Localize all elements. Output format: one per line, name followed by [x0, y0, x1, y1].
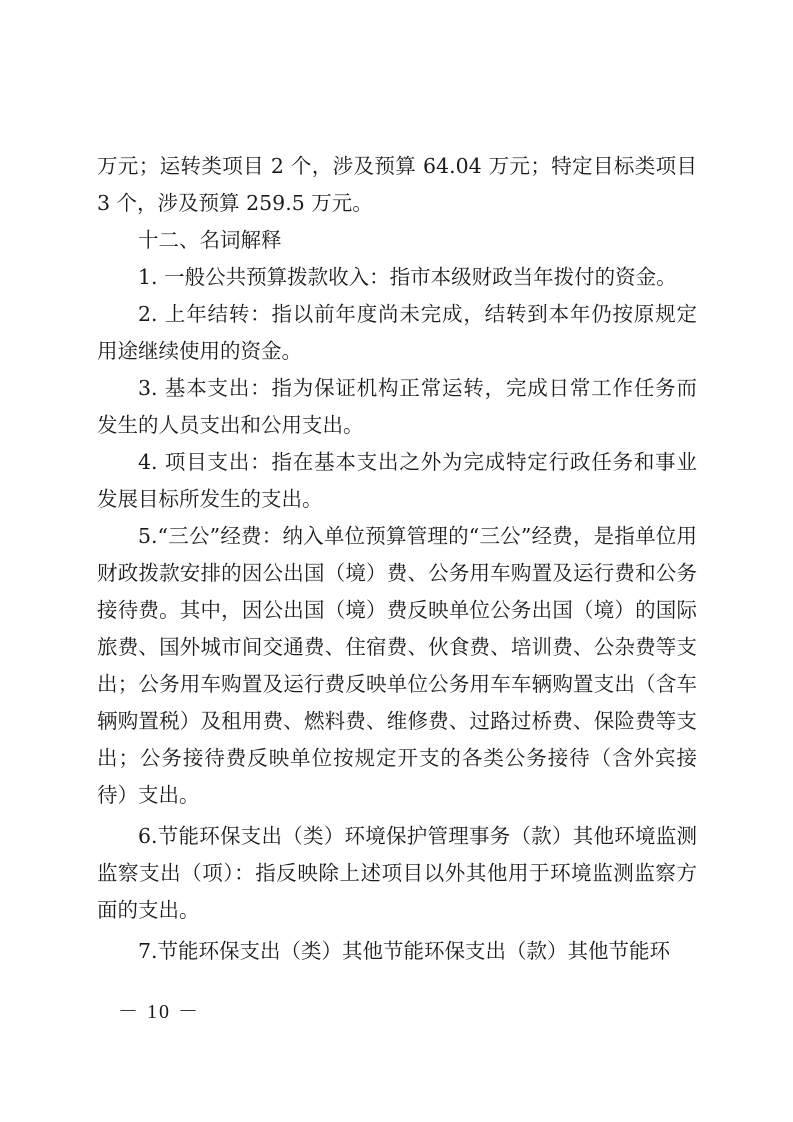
definition-2: 2. 上年结转：指以前年度尚未完成，结转到本年仍按原规定用途继续使用的资金。	[97, 296, 697, 370]
definition-3: 3. 基本支出：指为保证机构正常运转，完成日常工作任务而发生的人员支出和公用支出…	[97, 370, 697, 444]
definition-6: 6.节能环保支出（类）环境保护管理事务（款）其他环境监测监察支出（项）：指反映除…	[97, 818, 697, 929]
definition-1: 1. 一般公共预算拨款收入：指市本级财政当年拨付的资金。	[97, 259, 697, 296]
definition-5: 5.“三公”经费：纳入单位预算管理的“三公”经费，是指单位用财政拨款安排的因公出…	[97, 518, 697, 814]
definition-7: 7.节能环保支出（类）其他节能环保支出（款）其他节能环	[97, 933, 697, 970]
section-heading: 十二、名词解释	[97, 222, 697, 259]
document-page: 万元；运转类项目 2 个，涉及预算 64.04 万元；特定目标类项目 3 个，涉…	[97, 148, 697, 970]
continuation-paragraph: 万元；运转类项目 2 个，涉及预算 64.04 万元；特定目标类项目 3 个，涉…	[97, 148, 697, 222]
page-number: － 10 －	[118, 995, 200, 1024]
definition-4: 4. 项目支出：指在基本支出之外为完成特定行政任务和事业发展目标所发生的支出。	[97, 444, 697, 518]
